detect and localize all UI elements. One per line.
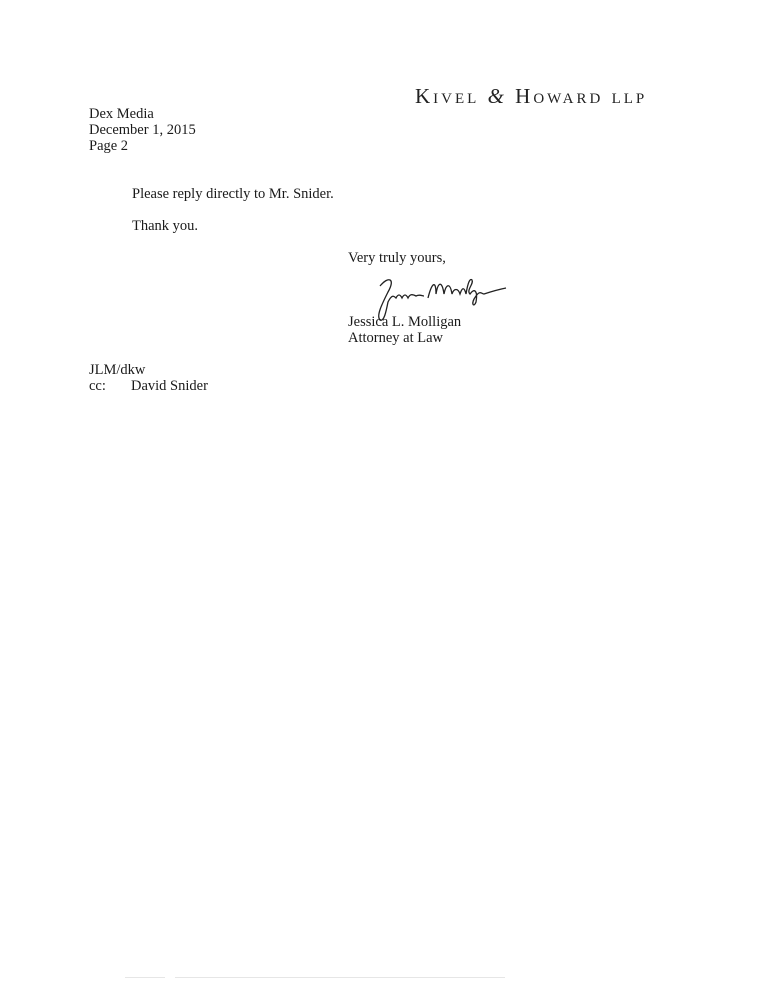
firm-name-part2: Howard llp [515,84,647,108]
cc-label: cc: [89,378,106,395]
signer-title: Attorney at Law [348,330,443,347]
signer-name: Jessica L. Molligan [348,314,461,331]
cc-recipient: David Snider [131,378,208,395]
scan-artifact [175,977,505,978]
scan-artifact [465,977,495,978]
body-paragraph-2: Thank you. [132,218,198,235]
page-number: Page 2 [89,138,128,155]
body-paragraph-1: Please reply directly to Mr. Snider. [132,186,334,203]
letterhead: Kivel & Howard llp [415,84,647,109]
typist-initials: JLM/dkw [89,362,145,379]
firm-ampersand: & [488,84,507,108]
firm-name-part1: Kivel [415,84,479,108]
scan-artifact [125,977,165,978]
recipient: Dex Media [89,106,154,123]
letter-date: December 1, 2015 [89,122,196,139]
closing-salutation: Very truly yours, [348,250,446,267]
